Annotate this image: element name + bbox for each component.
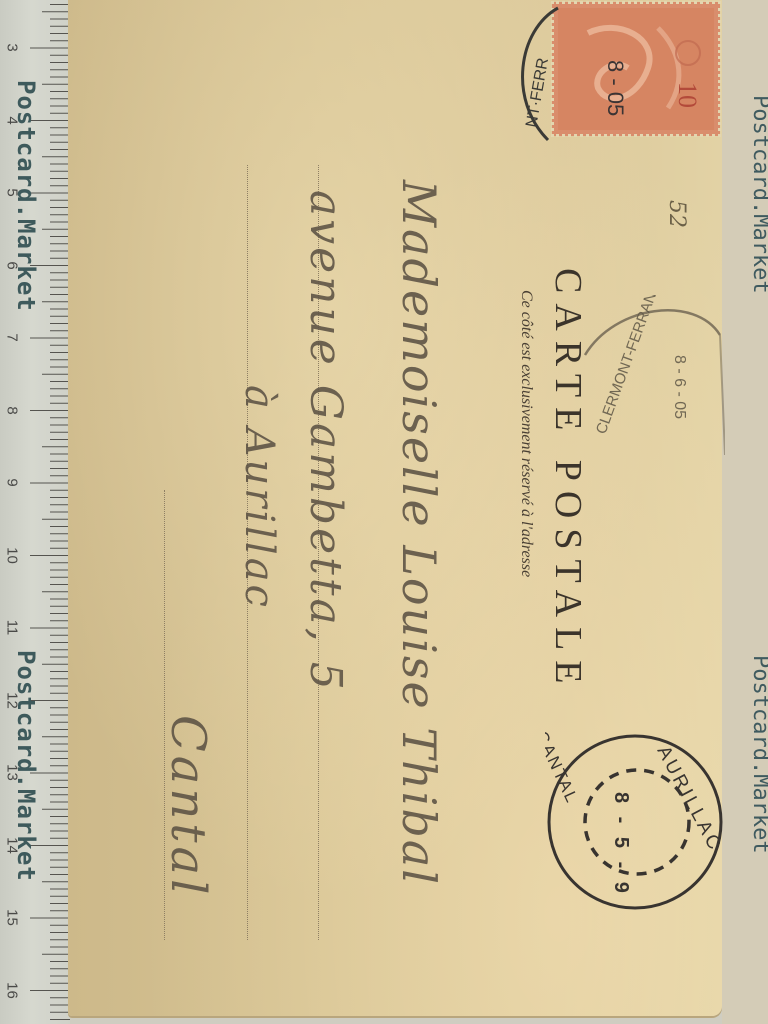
ruler-number: 10 (4, 545, 21, 565)
ruler-number: 9 (4, 473, 21, 493)
ruler-number: 16 (4, 980, 21, 1000)
ruler-watermark-bottom: Postcard.Market (12, 650, 40, 882)
svg-text:NT·FERR: NT·FERR (523, 57, 552, 129)
watermark-right-bottom: Postcard.Market (748, 655, 768, 854)
pencil-note: 52 (664, 200, 689, 228)
postmark-aurillac: AURILLAC CANTAL 8 - 5 - 9 (545, 730, 727, 916)
card-subheading: Ce côté est exclusivement réservé à l'ad… (517, 290, 535, 577)
svg-text:8 - 05: 8 - 05 (603, 60, 628, 116)
ruler-number: 11 (4, 618, 21, 638)
ruler: 345678910111213141516 Postcard.Market Po… (0, 0, 70, 1024)
svg-text:CANTAL: CANTAL (545, 730, 582, 807)
ruler-number: 8 (4, 400, 21, 420)
svg-text:AURILLAC: AURILLAC (653, 742, 726, 855)
ruler-number: 3 (4, 38, 21, 58)
svg-text:CLERMONT-FERRAND: CLERMONT-FERRAND (593, 295, 664, 436)
address-line1-text: Mademoiselle Louise Thibal (392, 180, 446, 886)
watermark-right-top: Postcard.Market (748, 95, 768, 294)
svg-text:8 - 6 - 05: 8 - 6 - 05 (671, 355, 688, 419)
address-line3-text: à Aurillac (236, 385, 282, 610)
address-line2-text: avenue Gambetta, 5 (300, 190, 351, 693)
ruler-number: 15 (4, 908, 21, 928)
address-line4-text: Cantal (160, 715, 216, 899)
postmark-clermont: CLERMONT-FERRAND 8 - 6 - 05 (575, 295, 725, 465)
svg-text:8 - 5 - 9: 8 - 5 - 9 (610, 792, 632, 897)
ruler-watermark-top: Postcard.Market (12, 80, 40, 312)
postmark-stamp-cancel: NT·FERR 8 - 05 (498, 0, 718, 160)
ruler-number: 7 (4, 328, 21, 348)
